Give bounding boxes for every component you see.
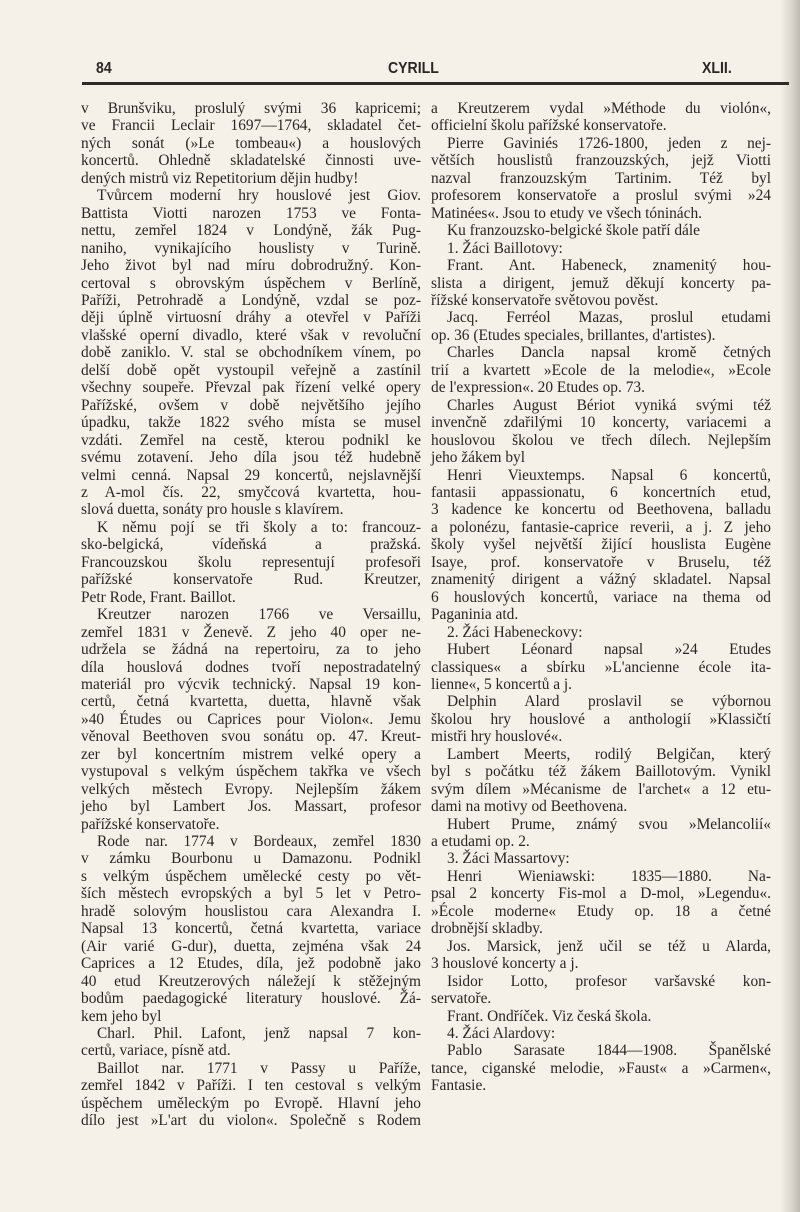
text-line: slista a dirigent, jemuž děkují koncerty… xyxy=(431,275,771,292)
text-line: nettu, zemřel 1824 v Londýně, žák Pug- xyxy=(81,222,421,239)
text-line: Henri Vieuxtemps. Napsal 6 koncertů, xyxy=(431,467,771,484)
text-line: invenčně zdařilými 10 koncerty, variacem… xyxy=(431,414,771,431)
text-line: naniho, vynikajícího houslisty v Turině. xyxy=(81,240,421,257)
text-line: a Kreutzerem vydal »Méthode du violón«, xyxy=(431,100,771,117)
text-line: školy vyšel největší žijící houslista Eu… xyxy=(431,536,771,553)
text-line: classiques« a sbírku »L'ancienne école i… xyxy=(431,659,771,676)
text-line: Charl. Phil. Lafont, jenž napsal 7 kon- xyxy=(81,1025,421,1042)
text-line: udržela se žádná na repertoiru, za to je… xyxy=(81,641,421,658)
text-line: Paganinia atd. xyxy=(431,606,771,623)
text-line: Fantasie. xyxy=(431,1077,771,1094)
text-line: dami na motivy od Beethovena. xyxy=(431,798,771,815)
text-line: drobnější skladby. xyxy=(431,920,771,937)
text-line: ších městech evropských a byl 5 let v Pe… xyxy=(81,885,421,902)
text-line: Isaye, prof. konservatoře v Bruselu, též xyxy=(431,554,771,571)
text-line: zemřel 1831 v Ženevě. Z jeho 40 oper ne- xyxy=(81,624,421,641)
text-line: certů, variace, písně atd. xyxy=(81,1042,421,1059)
text-line: úspěchem uměleckým po Evropě. Hlavní jeh… xyxy=(81,1095,421,1112)
text-line: Rode nar. 1774 v Bordeaux, zemřel 1830 xyxy=(81,833,421,850)
text-line: Baillot nar. 1771 v Passy u Paříže, xyxy=(81,1060,421,1077)
page-number: 84 xyxy=(96,60,112,78)
text-line: vlašské operní divadlo, které však v rev… xyxy=(81,327,421,344)
text-line: Isidor Lotto, profesor varšavské kon- xyxy=(431,973,771,990)
text-line: Pařížské, ovšem v době největšího jejího xyxy=(81,397,421,414)
text-line: s velkým úspěchem umělecké cesty po vět- xyxy=(81,868,421,885)
text-line: delší době opět vystoupil veřejně a zast… xyxy=(81,362,421,379)
text-line: Battista Viotti narozen 1753 ve Fonta- xyxy=(81,205,421,222)
text-line: kem jeho byl xyxy=(81,1008,421,1025)
text-line: Delphin Alard proslavil se výbornou xyxy=(431,693,771,710)
text-line: Napsal 13 koncertů, četná kvartetta, var… xyxy=(81,920,421,937)
text-line: ději úplně virtuosní dráhy a otevřel v P… xyxy=(81,309,421,326)
text-line: ve Francii Leclair 1697—1764, skladatel … xyxy=(81,117,421,134)
text-line: ných sonát (»Le tombeau«) a houslových xyxy=(81,135,421,152)
text-line: Frant. Ant. Habeneck, znamenitý hou- xyxy=(431,257,771,274)
text-line: Jeho život byl nad míru dobrodružný. Kon… xyxy=(81,257,421,274)
left-text-column: v Brunšviku, proslulý svými 36 kapricemi… xyxy=(81,100,421,1130)
text-line: slová duetta, sonáty pro housle s klavír… xyxy=(81,501,421,518)
text-line: Petr Rode, Frant. Baillot. xyxy=(81,589,421,606)
text-line: řížské konservatoře světovou pověst. xyxy=(431,292,771,309)
text-line: Jos. Marsick, jenž učil se též u Alarda, xyxy=(431,938,771,955)
text-line: (Air varié G-dur), duetta, zejména však … xyxy=(81,938,421,955)
text-line: 2. Žáci Habeneckovy: xyxy=(431,624,771,641)
text-line: 3. Žáci Massartovy: xyxy=(431,850,771,867)
text-line: mistři hry houslové«. xyxy=(431,728,771,745)
text-line: znamenitý dirigent a vážný skladatel. Na… xyxy=(431,571,771,588)
text-line: servatoře. xyxy=(431,990,771,1007)
text-line: 1. Žáci Baillotovy: xyxy=(431,240,771,257)
text-line: všechny soupeře. Převzal pak řízení velk… xyxy=(81,379,421,396)
text-line: velmi cenná. Napsal 29 koncertů, nejslav… xyxy=(81,467,421,484)
text-line: sko-belgická, vídeňská a pražská. xyxy=(81,536,421,553)
text-line: větších houslistů franzouzských, jejž Vi… xyxy=(431,152,771,169)
text-line: dílo jest »L'art du violon«. Společně s … xyxy=(81,1112,421,1129)
text-line: 3 kadence ke koncertu od Beethovena, bal… xyxy=(431,501,771,518)
text-line: byl s počátku též žákem Baillotovým. Vyn… xyxy=(431,763,771,780)
text-line: Jacq. Ferréol Mazas, proslul etudami xyxy=(431,309,771,326)
text-line: 3 houslové koncerty a j. xyxy=(431,955,771,972)
text-line: koncertů. Ohledně skladatelské činnosti … xyxy=(81,152,421,169)
text-line: školou hry houslové a anthologií »Klassi… xyxy=(431,711,771,728)
text-line: Caprices a 12 Etudes, díla, jež podobně … xyxy=(81,955,421,972)
right-text-column: a Kreutzerem vydal »Méthode du violón«,o… xyxy=(431,100,771,1095)
text-line: Kreutzer narozen 1766 ve Versaillu, xyxy=(81,606,421,623)
text-line: de l'expression«. 20 Etudes op. 73. xyxy=(431,379,771,396)
chapter-title: CYRILL xyxy=(388,60,439,78)
text-line: době zaniklo. V. stal se obchodníkem vín… xyxy=(81,344,421,361)
text-line: materiál pro výcvik technický. Napsal 19… xyxy=(81,676,421,693)
text-line: certoval s obrovským úspěchem v Berlíně, xyxy=(81,275,421,292)
text-line: K němu pojí se tři školy a to: francouz- xyxy=(81,519,421,536)
text-line: Henri Wieniawski: 1835—1880. Na- xyxy=(431,868,771,885)
text-line: psal 2 koncerty Fis-mol a D-mol, »Legend… xyxy=(431,885,771,902)
text-line: Hubert Léonard napsal »24 Etudes xyxy=(431,641,771,658)
text-line: 6 houslových koncertů, variace na thema … xyxy=(431,589,771,606)
text-line: certů, četná kvartetta, duetta, hlavně v… xyxy=(81,693,421,710)
text-line: profesorem konservatoře a proslul svými … xyxy=(431,187,771,204)
text-line: »École moderne« Etudy op. 18 a četné xyxy=(431,903,771,920)
text-line: Francouzskou školu representují profesoř… xyxy=(81,554,421,571)
text-line: dených mistrů viz Repetitorium dějin hud… xyxy=(81,170,421,187)
text-line: tance, ciganské melodie, »Faust« a »Carm… xyxy=(431,1060,771,1077)
text-line: Frant. Ondříček. Viz česká škola. xyxy=(431,1008,771,1025)
header-rule xyxy=(82,82,789,85)
text-line: Paříži, Petrohradě a Londýně, vzdal se p… xyxy=(81,292,421,309)
text-line: jeho žákem byl xyxy=(431,449,771,466)
text-line: vzdáti. Zemřel na cestě, kterou podnikl … xyxy=(81,432,421,449)
text-line: pařížské konservatoře Rud. Kreutzer, xyxy=(81,571,421,588)
text-line: zer byl koncertním mistrem velké opery a xyxy=(81,746,421,763)
text-line: jeho byl Lambert Jos. Massart, profesor xyxy=(81,798,421,815)
text-line: trií a kvartett »Ecole de la melodie«, »… xyxy=(431,362,771,379)
text-line: houslovou školou ve třech dílech. Nejlep… xyxy=(431,432,771,449)
text-line: Hubert Prume, známý svou »Melancolií« xyxy=(431,816,771,833)
text-line: Pierre Gaviniés 1726-1800, jeden z nej- xyxy=(431,135,771,152)
text-line: zemřel 1842 v Paříži. I ten cestoval s v… xyxy=(81,1077,421,1094)
text-line: Charles Dancla napsal kromě četných xyxy=(431,344,771,361)
text-line: 40 etud Kreutzerových náležejí k stěžejn… xyxy=(81,973,421,990)
text-line: z A-mol čís. 22, smyčcová kvartetta, hou… xyxy=(81,484,421,501)
text-line: díla houslová dodnes tvoří nepostradatel… xyxy=(81,659,421,676)
text-line: Ku franzouzsko-belgické škole patří dále xyxy=(431,222,771,239)
text-line: a etudami op. 2. xyxy=(431,833,771,850)
text-line: Pablo Sarasate 1844—1908. Španělské xyxy=(431,1042,771,1059)
text-line: svému zotavení. Jeho díla jsou též hudeb… xyxy=(81,449,421,466)
page-edge-shadow xyxy=(780,0,800,1212)
text-line: op. 36 (Etudes speciales, brillantes, d'… xyxy=(431,327,771,344)
text-line: bodům paedagogické literatury houslové. … xyxy=(81,990,421,1007)
text-line: Lambert Meerts, rodilý Belgičan, který xyxy=(431,746,771,763)
text-line: Matinées«. Jsou to etudy ve všech tóniná… xyxy=(431,205,771,222)
running-header: 84 CYRILL XLII. xyxy=(82,60,789,84)
text-line: věnoval Beethoven svou sonátu op. 47. Kr… xyxy=(81,728,421,745)
text-line: nazval franzouzským Tartinim. Též byl xyxy=(431,170,771,187)
text-line: Charles August Bériot vyniká svými též xyxy=(431,397,771,414)
text-line: Tvůrcem moderní hry houslové jest Giov. xyxy=(81,187,421,204)
text-line: hradě solovým houslistou cara Alexandra … xyxy=(81,903,421,920)
text-line: v zámku Bourbonu u Damazonu. Podnikl xyxy=(81,850,421,867)
text-line: pařížské konservatoře. xyxy=(81,816,421,833)
text-line: fantasii appassionatu, 6 koncertních etu… xyxy=(431,484,771,501)
text-line: 4. Žáci Alardovy: xyxy=(431,1025,771,1042)
text-line: »40 Études ou Caprices pour Violon«. Jem… xyxy=(81,711,421,728)
text-line: velkých městech Evropy. Nejlepším žákem xyxy=(81,781,421,798)
text-line: a polonézu, fantasie-caprice reverii, a … xyxy=(431,519,771,536)
text-line: svým dílem »Mécanisme de l'archet« a 12 … xyxy=(431,781,771,798)
text-line: úpadku, takže 1822 svého místa se musel xyxy=(81,414,421,431)
text-line: vystupoval s velkým úspěchem takřka ve v… xyxy=(81,763,421,780)
section-number: XLII. xyxy=(702,60,732,78)
text-line: officielní školu pařížské konservatoře. xyxy=(431,117,771,134)
text-line: lienne«, 5 koncertů a j. xyxy=(431,676,771,693)
text-line: v Brunšviku, proslulý svými 36 kapricemi… xyxy=(81,100,421,117)
